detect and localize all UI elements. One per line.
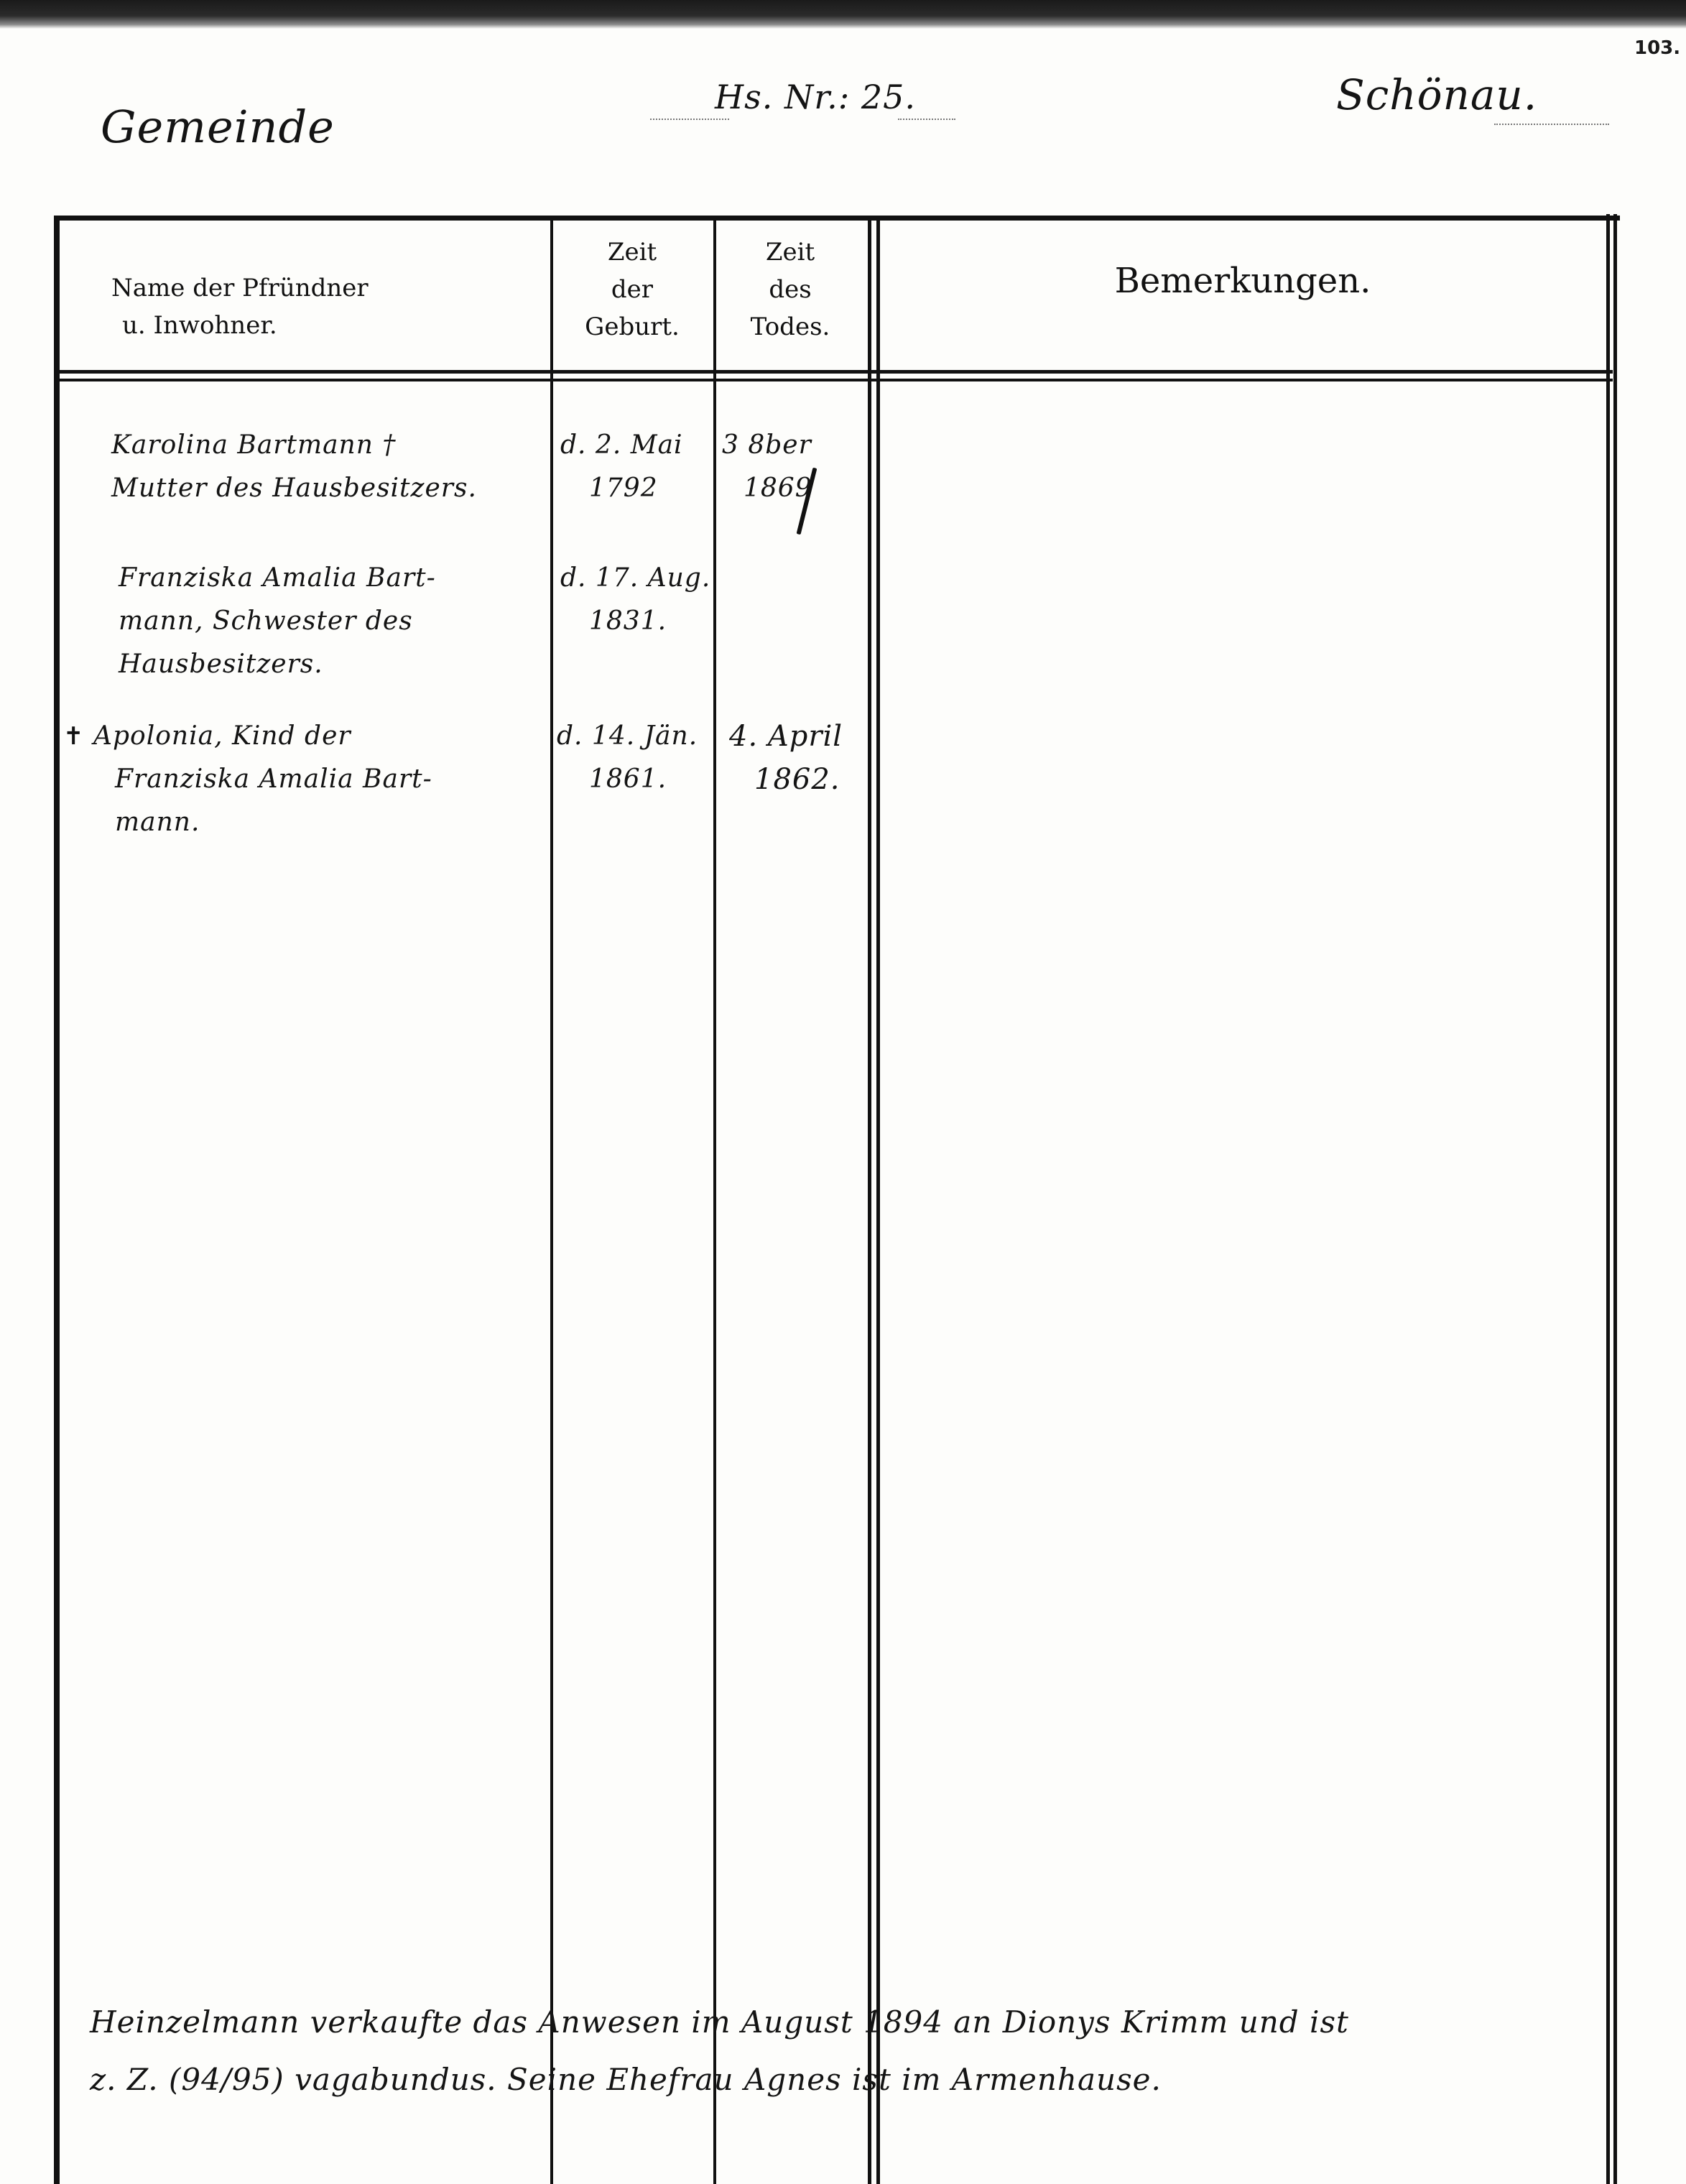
table-right-border-inner xyxy=(1613,214,1617,2184)
page-number: 103. xyxy=(1634,37,1680,59)
table-right-border xyxy=(1606,214,1610,2184)
scan-shadow-top xyxy=(0,0,1686,29)
row-name-line: Mutter des Hausbesitzers. xyxy=(111,467,477,510)
row-name-line: Apolonia, Kind der xyxy=(93,715,432,758)
column-divider-death-remarks xyxy=(868,216,871,2184)
column-divider-birth-death xyxy=(713,219,716,2184)
row-name-line: Franziska Amalia Bart- xyxy=(119,557,436,600)
row-death-line: 1869 xyxy=(722,467,812,510)
row-birth-line: d. 2. Mai xyxy=(560,424,683,467)
row-death-date: 4. April 1862. xyxy=(729,715,843,801)
header-dotted-rule xyxy=(650,119,729,120)
row-name-line: mann. xyxy=(93,801,432,844)
row-birth-line: 1861. xyxy=(557,758,698,801)
table-left-border xyxy=(54,216,60,2184)
row-birth-date: d. 17. Aug. 1831. xyxy=(560,557,710,643)
header-municipality-label: Gemeinde xyxy=(101,101,335,153)
header-municipality-name: Schönau. xyxy=(1336,70,1537,119)
row-death-line: 4. April xyxy=(729,715,843,758)
row-death-date: 3 8ber 1869 xyxy=(722,424,812,510)
column-header-remarks: Bemerkungen. xyxy=(934,262,1552,300)
column-divider-name-birth xyxy=(550,219,553,2184)
header-dotted-rule xyxy=(898,119,955,120)
column-header-birth-line: der xyxy=(560,271,704,308)
row-birth-line: d. 17. Aug. xyxy=(560,557,710,600)
row-death-line: 3 8ber xyxy=(722,424,812,467)
row-birth-date: d. 2. Mai 1792 xyxy=(560,424,683,510)
column-header-death-line: des xyxy=(718,271,862,308)
header-dotted-rule xyxy=(1494,124,1609,125)
footnote-line: z. Z. (94/95) vagabundus. Seine Ehefrau … xyxy=(90,2051,1584,2109)
header-house-number: Hs. Nr.: 25. xyxy=(715,78,916,116)
column-header-death-line: Zeit xyxy=(718,233,862,271)
column-header-name-line: u. Inwohner. xyxy=(111,307,535,344)
row-death-line: 1862. xyxy=(729,758,843,801)
row-name: Apolonia, Kind der Franziska Amalia Bart… xyxy=(93,715,432,844)
column-header-birth: Zeit der Geburt. xyxy=(560,233,704,346)
header-row-divider xyxy=(57,370,1613,374)
header-row-divider-inner xyxy=(57,379,1613,381)
deceased-cross-icon: ✝ xyxy=(63,722,84,751)
row-birth-line: 1831. xyxy=(560,600,710,643)
row-birth-line: 1792 xyxy=(560,467,683,510)
row-name: Karolina Bartmann † Mutter des Hausbesit… xyxy=(111,424,477,510)
column-header-birth-line: Geburt. xyxy=(560,308,704,346)
row-name-line: Karolina Bartmann † xyxy=(111,424,477,467)
row-name-line: Franziska Amalia Bart- xyxy=(93,758,432,801)
row-birth-date: d. 14. Jän. 1861. xyxy=(557,715,698,801)
row-name-line: mann, Schwester des xyxy=(119,600,436,643)
table-top-border xyxy=(54,216,1620,221)
row-birth-line: d. 14. Jän. xyxy=(557,715,698,758)
column-header-death: Zeit des Todes. xyxy=(718,233,862,346)
column-header-remarks-line: Bemerkungen. xyxy=(934,262,1552,300)
column-header-birth-line: Zeit xyxy=(560,233,704,271)
column-header-death-line: Todes. xyxy=(718,308,862,346)
column-header-name-line: Name der Pfründner xyxy=(111,269,535,307)
column-divider-death-remarks-inner xyxy=(876,216,880,2184)
footnote-line: Heinzelmann verkaufte das Anwesen im Aug… xyxy=(90,1994,1584,2051)
row-name-line: Hausbesitzers. xyxy=(119,643,436,686)
row-name: Franziska Amalia Bart- mann, Schwester d… xyxy=(119,557,436,686)
column-header-name: Name der Pfründner u. Inwohner. xyxy=(111,269,535,344)
footnote: Heinzelmann verkaufte das Anwesen im Aug… xyxy=(90,1994,1584,2109)
